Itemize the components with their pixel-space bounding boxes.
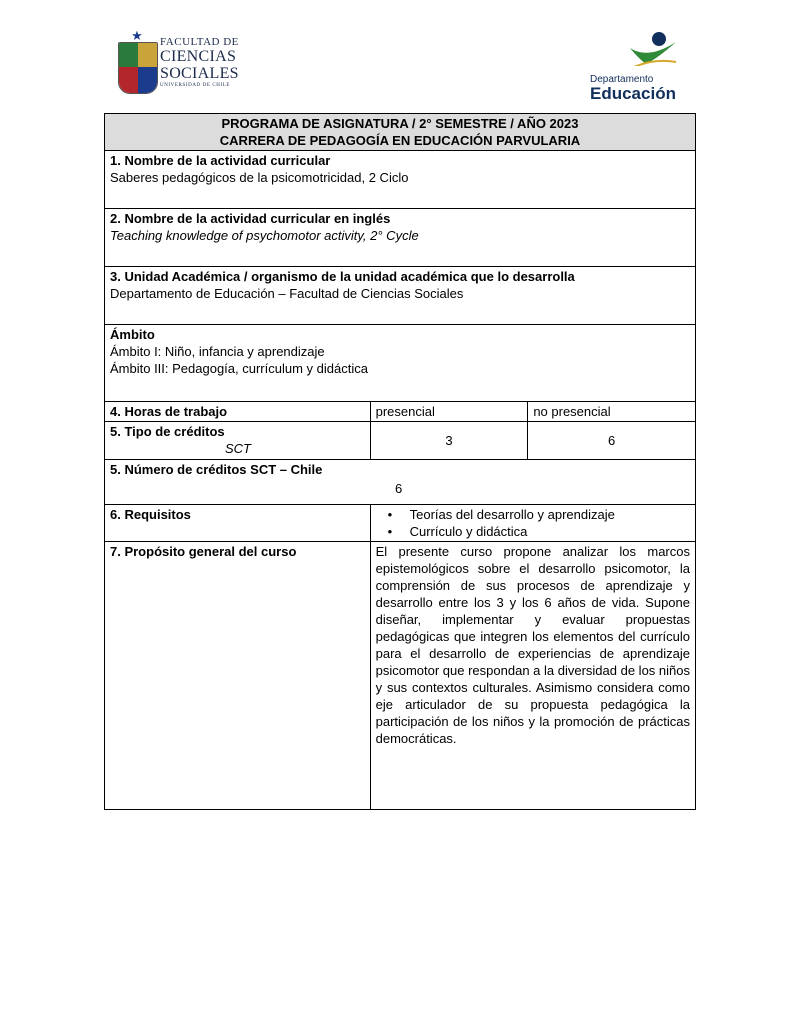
- work-hours-presencial: presencial: [370, 402, 528, 422]
- ambito-item: Ámbito III: Pedagogía, currículum y didá…: [110, 360, 690, 377]
- section-credit-number: 5. Número de créditos SCT – Chile 6: [105, 460, 696, 505]
- english-name-value: Teaching knowledge of psychomotor activi…: [110, 227, 690, 244]
- ambito-label: Ámbito: [110, 326, 690, 343]
- facultad-ciencias-sociales-logo: ★ FACULTAD DE CIENCIAS SOCIALES UNIVERSI…: [118, 30, 243, 98]
- swoosh-icon: [628, 38, 678, 66]
- ambito-item: Ámbito I: Niño, infancia y aprendizaje: [110, 343, 690, 360]
- logo-line-2: CIENCIAS: [160, 48, 239, 65]
- credit-number-label: 5. Número de créditos SCT – Chile: [110, 461, 690, 478]
- course-name-value: Saberes pedagógicos de la psicomotricida…: [110, 169, 690, 186]
- credit-type-sub: SCT: [110, 440, 365, 457]
- credit-type-label: 5. Tipo de créditos: [110, 423, 365, 440]
- section-ambito: Ámbito Ámbito I: Niño, infancia y aprend…: [105, 325, 696, 402]
- departamento-educacion-logo: Departamento Educación: [590, 32, 700, 98]
- requirements-label: 6. Requisitos: [105, 505, 371, 542]
- course-name-label: 1. Nombre de la actividad curricular: [110, 152, 690, 169]
- requirement-item: Currículo y didáctica: [398, 523, 690, 540]
- work-hours-no-presencial: no presencial: [528, 402, 696, 422]
- logo-line-1: FACULTAD DE: [160, 36, 239, 48]
- section-course-name: 1. Nombre de la actividad curricular Sab…: [105, 151, 696, 209]
- credit-type-cell: 5. Tipo de créditos SCT: [105, 422, 371, 460]
- credit-number-value: 6: [110, 478, 690, 497]
- requirements-list: Teorías del desarrollo y aprendizaje Cur…: [370, 505, 695, 542]
- program-table: PROGRAMA DE ASIGNATURA / 2° SEMESTRE / A…: [104, 113, 696, 810]
- requirement-item: Teorías del desarrollo y aprendizaje: [398, 506, 690, 523]
- academic-unit-label: 3. Unidad Académica / organismo de la un…: [110, 268, 690, 285]
- section-academic-unit: 3. Unidad Académica / organismo de la un…: [105, 267, 696, 325]
- english-name-label: 2. Nombre de la actividad curricular en …: [110, 210, 690, 227]
- university-shield-icon: ★: [118, 30, 156, 94]
- section-course-name-english: 2. Nombre de la actividad curricular en …: [105, 209, 696, 267]
- work-hours-label: 4. Horas de trabajo: [105, 402, 371, 422]
- academic-unit-value: Departamento de Educación – Facultad de …: [110, 285, 690, 302]
- purpose-label: 7. Propósito general del curso: [105, 542, 371, 810]
- credits-presencial: 3: [370, 422, 528, 460]
- dept-logo-line-2: Educación: [590, 84, 676, 104]
- program-title: PROGRAMA DE ASIGNATURA / 2° SEMESTRE / A…: [105, 114, 696, 151]
- credits-no-presencial: 6: [528, 422, 696, 460]
- logo-line-3: SOCIALES: [160, 65, 239, 82]
- purpose-text: El presente curso propone analizar los m…: [370, 542, 695, 810]
- logo-line-4: UNIVERSIDAD DE CHILE: [160, 82, 239, 89]
